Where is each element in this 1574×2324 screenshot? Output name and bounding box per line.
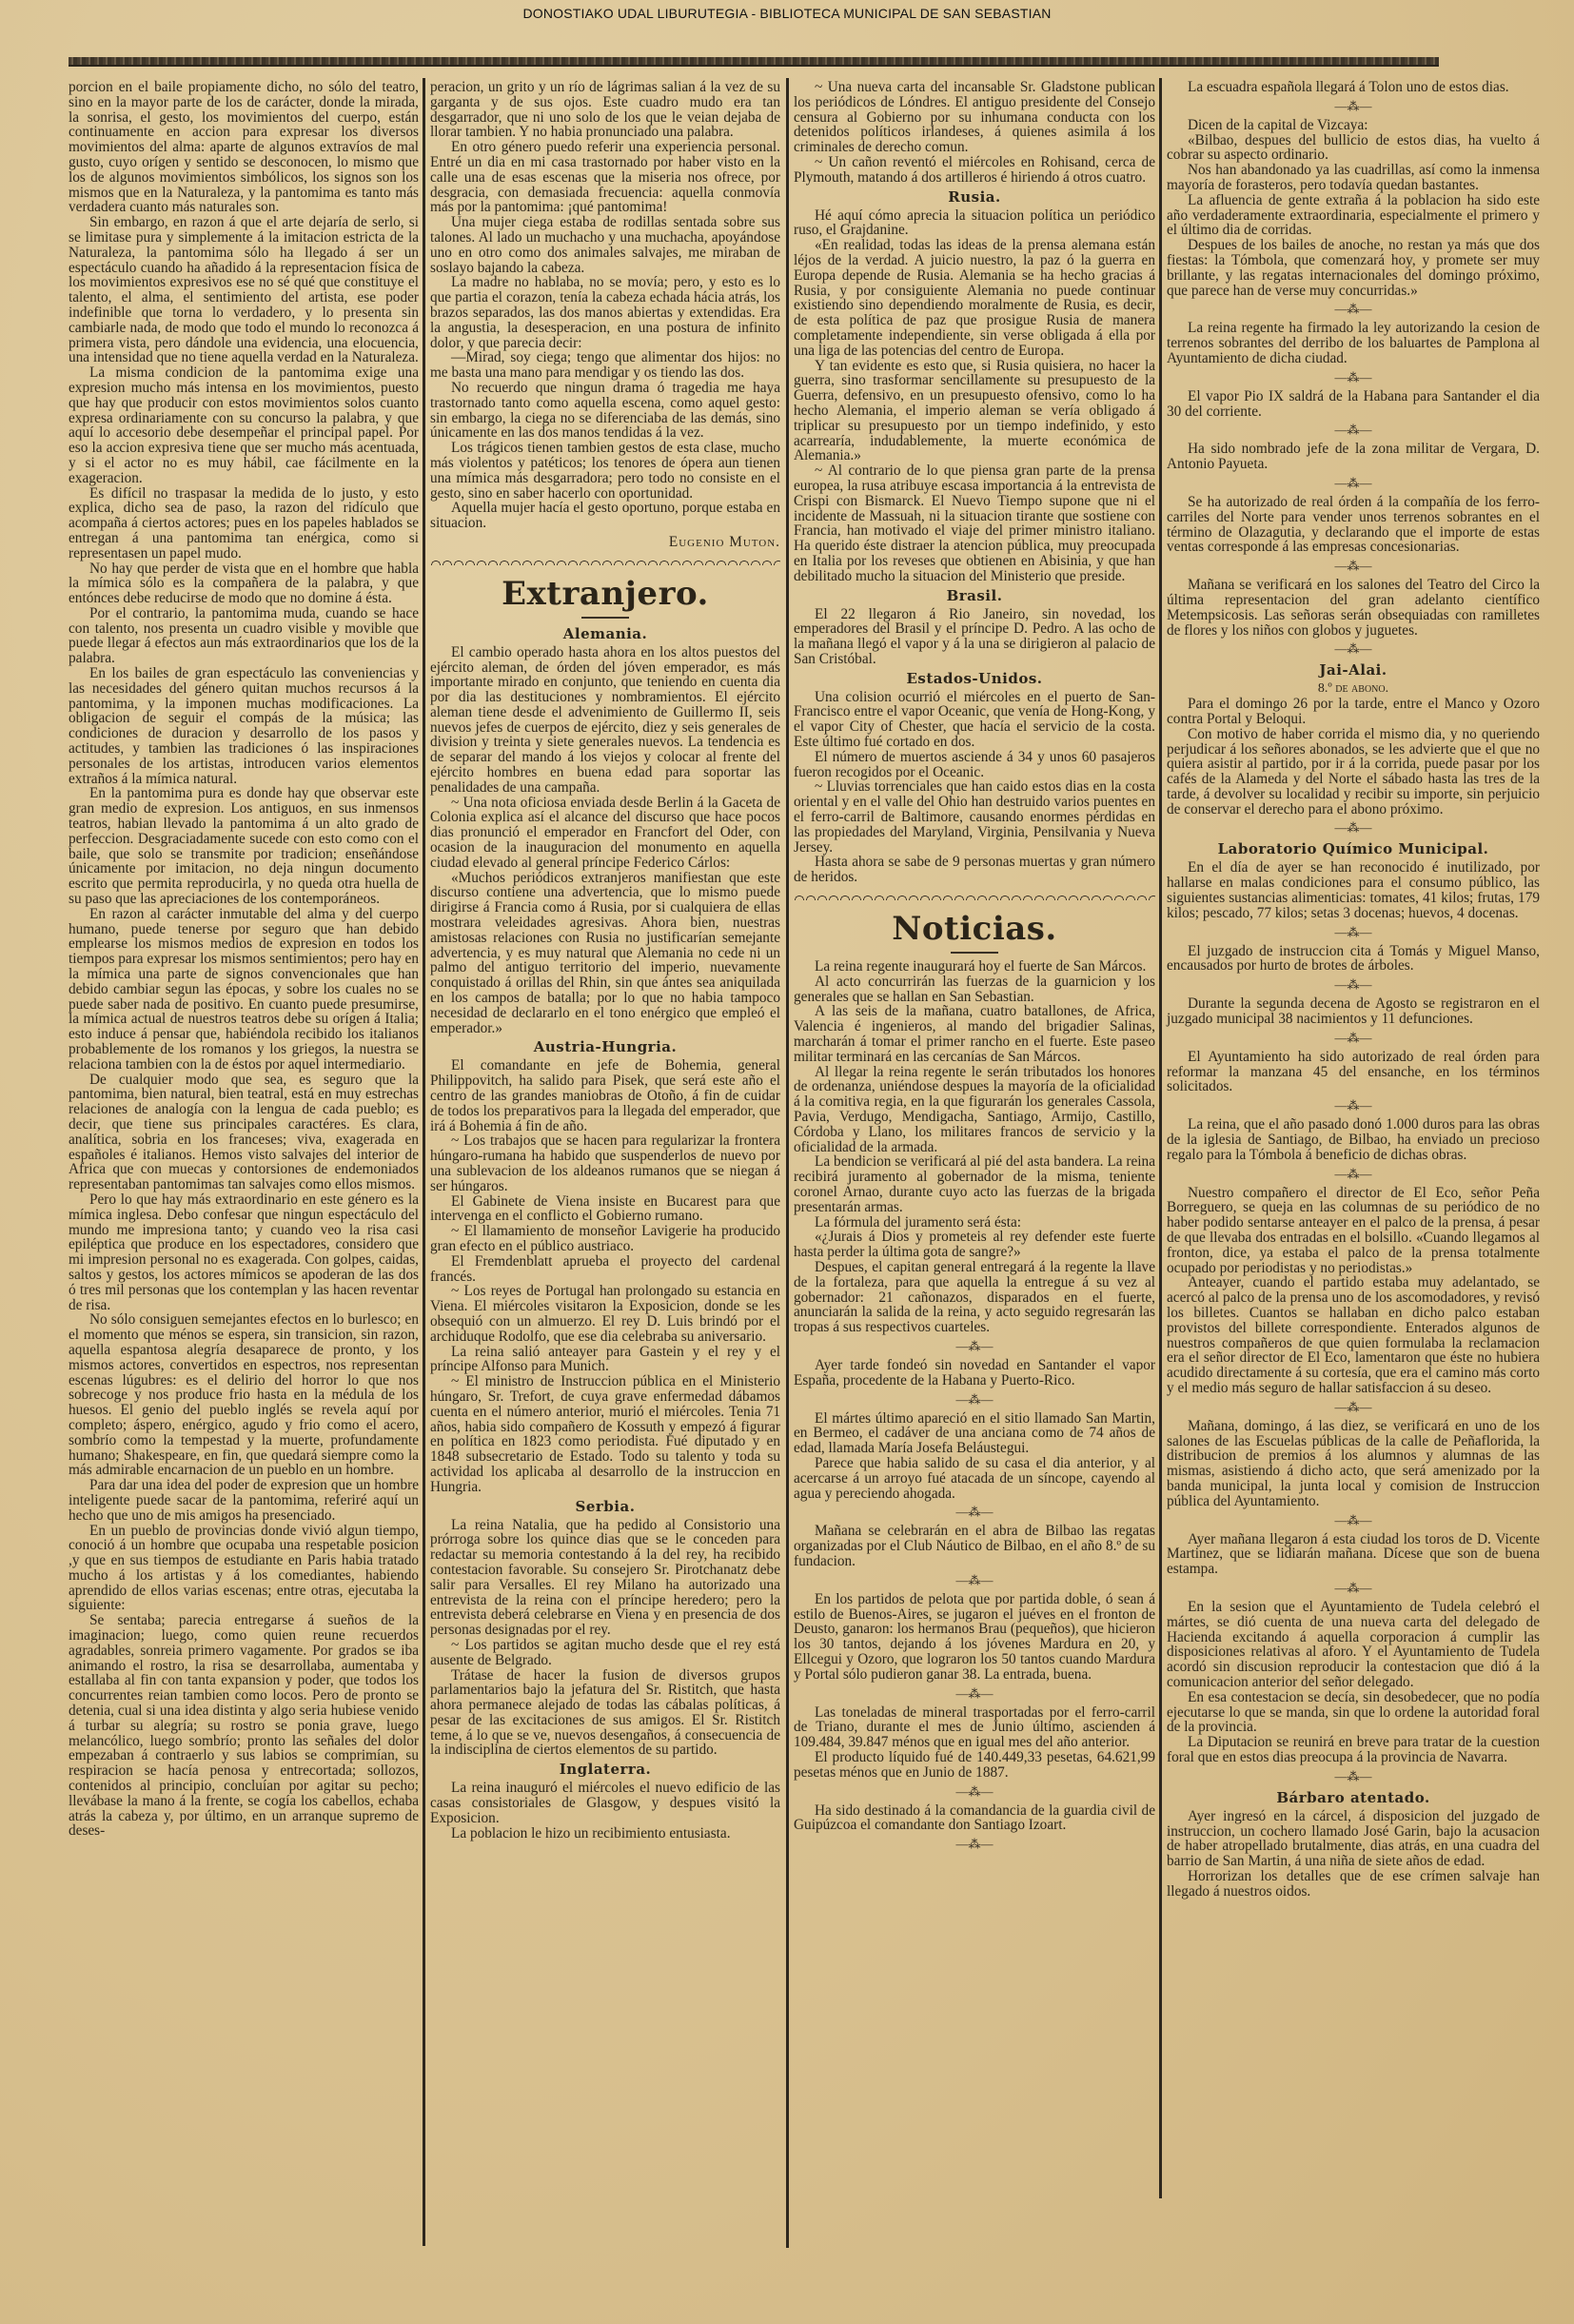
ornament-divider-icon: —⁂— bbox=[1167, 1580, 1540, 1597]
ornament-divider-icon: —⁂— bbox=[1167, 558, 1540, 575]
paragraph: Al llegar la reina regente le serán trib… bbox=[794, 1065, 1155, 1155]
paragraph: La madre no hablaba, no se movía; pero, … bbox=[430, 275, 780, 350]
wavy-rule bbox=[430, 558, 780, 565]
paragraph: ~ Lluvias torrenciales que han caido est… bbox=[794, 779, 1155, 855]
paragraph: Mañana, domingo, á las diez, se verifica… bbox=[1167, 1419, 1540, 1509]
subheading-alemania: Alemania. bbox=[430, 624, 780, 643]
ornament-divider-icon: —⁂— bbox=[1167, 1097, 1540, 1114]
paragraph: El Ayuntamiento ha sido autorizado de re… bbox=[1167, 1050, 1540, 1094]
paragraph: La reina, que el año pasado donó 1.000 d… bbox=[1167, 1117, 1540, 1162]
paragraph: El cambio operado hasta ahora en los alt… bbox=[430, 645, 780, 796]
ornament-divider-icon: —⁂— bbox=[1167, 640, 1540, 658]
ornament-divider-icon: —⁂— bbox=[1167, 976, 1540, 994]
paragraph: Horrorizan los detalles que de ese críme… bbox=[1167, 1869, 1540, 1900]
ornament-divider-icon: —⁂— bbox=[794, 1391, 1155, 1408]
paragraph: La reina salió anteayer para Gastein y e… bbox=[430, 1345, 780, 1375]
paragraph: —Mirad, soy ciega; tengo que alimentar d… bbox=[430, 350, 780, 381]
library-watermark: DONOSTIAKO UDAL LIBURUTEGIA - BIBLIOTECA… bbox=[0, 6, 1574, 21]
paragraph: Ayer ingresó en la cárcel, á disposicion… bbox=[1167, 1809, 1540, 1869]
subheading-serbia: Serbia. bbox=[430, 1497, 780, 1516]
paragraph: Sin embargo, en razon á que el arte deja… bbox=[69, 215, 419, 365]
paragraph: La escuadra española llegará á Tolon uno… bbox=[1167, 80, 1540, 95]
paragraph: Nuestro compañero el director de El Eco,… bbox=[1167, 1186, 1540, 1276]
subheading-barbaro-atentado: Bárbaro atentado. bbox=[1167, 1788, 1540, 1807]
column-4: La escuadra española llegará á Tolon uno… bbox=[1167, 80, 1540, 1900]
paragraph: «En realidad, todas las ideas de la pren… bbox=[794, 238, 1155, 358]
paragraph: En un pueblo de provincias donde vivió a… bbox=[69, 1524, 419, 1614]
paragraph: Se sentaba; parecia entregarse á sueños … bbox=[69, 1613, 419, 1839]
paragraph: ~ El ministro de Instruccion pública en … bbox=[430, 1374, 780, 1494]
paragraph: Aquella mujer hacía el gesto oportuno, p… bbox=[430, 501, 780, 531]
paragraph: Por el contrario, la pantomima muda, cua… bbox=[69, 606, 419, 666]
ornament-divider-icon: —⁂— bbox=[794, 1836, 1155, 1853]
paragraph: La misma condicion de la pantomima exige… bbox=[69, 365, 419, 485]
paragraph: peracion, un grito y un río de lágrimas … bbox=[430, 80, 780, 140]
subheading-austria-hungria: Austria-Hungria. bbox=[430, 1037, 780, 1056]
column-2: peracion, un grito y un río de lágrimas … bbox=[430, 80, 780, 1841]
subheading-inglaterra: Inglaterra. bbox=[430, 1760, 780, 1779]
ornament-divider-icon: —⁂— bbox=[794, 1783, 1155, 1801]
paragraph: «Muchos periódicos extranjeros manifiest… bbox=[430, 871, 780, 1036]
ornament-divider-icon: —⁂— bbox=[1167, 301, 1540, 318]
paragraph: Es difícil no traspasar la medida de lo … bbox=[69, 486, 419, 561]
ornament-divider-icon: —⁂— bbox=[1167, 1512, 1540, 1529]
paragraph: Despues, el capitan general entregará á … bbox=[794, 1260, 1155, 1335]
paragraph: En otro género puedo referir una experie… bbox=[430, 140, 780, 215]
paragraph: Durante la segunda decena de Agosto se r… bbox=[1167, 996, 1540, 1027]
jai-alai-subtitle: 8.º de abono. bbox=[1167, 681, 1540, 697]
paragraph: «Bilbao, despues del bullicio de estos d… bbox=[1167, 133, 1540, 164]
paragraph: La bendicion se verificará al pié del as… bbox=[794, 1154, 1155, 1214]
paragraph: En el día de ayer se han reconocido é in… bbox=[1167, 860, 1540, 920]
paragraph: Una mujer ciega estaba de rodillas senta… bbox=[430, 215, 780, 275]
paragraph: Una colision ocurrió el miércoles en el … bbox=[794, 690, 1155, 750]
paragraph: En los partidos de pelota que por partid… bbox=[794, 1592, 1155, 1683]
paragraph: ~ Los trabajos que se hacen para regular… bbox=[430, 1133, 780, 1193]
paragraph: En la sesion que el Ayuntamiento de Tude… bbox=[1167, 1600, 1540, 1690]
subheading-estados-unidos: Estados-Unidos. bbox=[794, 669, 1155, 688]
paragraph: En esa contestacion se decía, sin desobe… bbox=[1167, 1690, 1540, 1735]
paragraph: ~ Una nota oficiosa enviada desde Berlin… bbox=[430, 796, 780, 871]
subheading-rusia: Rusia. bbox=[794, 187, 1155, 207]
section-heading-noticias: Noticias. bbox=[794, 910, 1155, 948]
paragraph: El mártes último apareció en el sitio ll… bbox=[794, 1411, 1155, 1456]
paragraph: El juzgado de instruccion cita á Tomás y… bbox=[1167, 944, 1540, 975]
paragraph: Ayer mañana llegaron á esta ciudad los t… bbox=[1167, 1532, 1540, 1577]
paragraph: La reina Natalia, que ha pedido al Consi… bbox=[430, 1518, 780, 1638]
ornament-divider-icon: —⁂— bbox=[1167, 1030, 1540, 1047]
paragraph: Para el domingo 26 por la tarde, entre e… bbox=[1167, 697, 1540, 727]
paragraph: El comandante en jefe de Bohemia, genera… bbox=[430, 1058, 780, 1133]
short-rule bbox=[951, 952, 998, 954]
paragraph: No sólo consiguen semejantes efectos en … bbox=[69, 1312, 419, 1478]
paragraph: A las seis de la mañana, cuatro batallon… bbox=[794, 1004, 1155, 1064]
paragraph: Hé aquí cómo aprecia la situacion políti… bbox=[794, 208, 1155, 239]
paragraph: Con motivo de haber corrida el mismo dia… bbox=[1167, 727, 1540, 817]
paragraph: El Gabinete de Viena insiste en Bucarest… bbox=[430, 1194, 780, 1225]
ornament-divider-icon: —⁂— bbox=[1167, 1166, 1540, 1183]
ornament-divider-icon: —⁂— bbox=[1167, 1399, 1540, 1416]
paragraph: La Diputacion se reunirá en breve para t… bbox=[1167, 1735, 1540, 1765]
paragraph: El vapor Pio IX saldrá de la Habana para… bbox=[1167, 389, 1540, 420]
paragraph: ~ Una nueva carta del incansable Sr. Gla… bbox=[794, 80, 1155, 155]
paragraph: Pero lo que hay más extraordinario en es… bbox=[69, 1192, 419, 1312]
ornament-divider-icon: —⁂— bbox=[1167, 475, 1540, 492]
paragraph: Los trágicos tienen tambien gestos de es… bbox=[430, 441, 780, 501]
header-rule bbox=[69, 57, 1439, 67]
paragraph: Las toneladas de mineral trasportadas po… bbox=[794, 1705, 1155, 1750]
paragraph: La afluencia de gente extraña á la pobla… bbox=[1167, 193, 1540, 238]
paragraph: Para dar una idea del poder de expresion… bbox=[69, 1478, 419, 1523]
paragraph: En los bailes de gran espectáculo las co… bbox=[69, 666, 419, 786]
subheading-jai-alai: Jai-Alai. bbox=[1167, 660, 1540, 679]
paragraph: En la pantomima pura es donde hay que ob… bbox=[69, 786, 419, 906]
paragraph: Y tan evidente es esto que, si Rusia qui… bbox=[794, 359, 1155, 464]
ornament-divider-icon: —⁂— bbox=[794, 1338, 1155, 1355]
ornament-divider-icon: —⁂— bbox=[1167, 369, 1540, 386]
ornament-divider-icon: —⁂— bbox=[1167, 924, 1540, 941]
paragraph: En razon al carácter inmutable del alma … bbox=[69, 907, 419, 1073]
paragraph: Nos han abandonado ya las cuadrillas, as… bbox=[1167, 163, 1540, 193]
paragraph: Trátase de hacer la fusion de diversos g… bbox=[430, 1668, 780, 1759]
paragraph: ~ El llamamiento de monseñor Lavigerie h… bbox=[430, 1224, 780, 1254]
ornament-divider-icon: —⁂— bbox=[794, 1685, 1155, 1703]
ornament-divider-icon: —⁂— bbox=[1167, 819, 1540, 837]
ornament-divider-icon: —⁂— bbox=[794, 1572, 1155, 1589]
section-heading-extranjero: Extranjero. bbox=[430, 575, 780, 613]
paragraph: La poblacion le hizo un recibimiento ent… bbox=[430, 1826, 780, 1841]
paragraph: ~ Al contrario de lo que piensa gran par… bbox=[794, 463, 1155, 583]
paragraph: Mañana se celebrarán en el abra de Bilba… bbox=[794, 1524, 1155, 1568]
short-rule bbox=[581, 617, 629, 619]
paragraph: La reina regente inaugurará hoy el fuert… bbox=[794, 959, 1155, 975]
column-divider bbox=[786, 78, 789, 2248]
paragraph: porcion en el baile propiamente dicho, n… bbox=[69, 80, 419, 215]
paragraph: Ha sido destinado á la comandancia de la… bbox=[794, 1803, 1155, 1834]
paragraph: Al acto concurrirán las fuerzas de la gu… bbox=[794, 975, 1155, 1005]
paragraph: De cualquier modo que sea, es seguro que… bbox=[69, 1073, 419, 1192]
paragraph: Dicen de la capital de Vizcaya: bbox=[1167, 118, 1540, 133]
paragraph: El producto líquido fué de 140.449,33 pe… bbox=[794, 1750, 1155, 1781]
paragraph: Ayer tarde fondeó sin novedad en Santand… bbox=[794, 1358, 1155, 1388]
paragraph: Despues de los bailes de anoche, no rest… bbox=[1167, 238, 1540, 298]
paragraph: Se ha autorizado de real órden á la comp… bbox=[1167, 495, 1540, 555]
paragraph: La reina inauguró el miércoles el nuevo … bbox=[430, 1781, 780, 1825]
ornament-divider-icon: —⁂— bbox=[1167, 422, 1540, 439]
paragraph: La fórmula del juramento será ésta: bbox=[794, 1215, 1155, 1231]
paragraph: El 22 llegaron á Rio Janeiro, sin noveda… bbox=[794, 607, 1155, 667]
paragraph: No hay que perder de vista que en el hom… bbox=[69, 561, 419, 606]
wavy-rule bbox=[794, 893, 1155, 900]
paragraph: ~ Un cañon reventó el miércoles en Rohis… bbox=[794, 155, 1155, 186]
column-divider bbox=[423, 78, 425, 2246]
subheading-laboratorio: Laboratorio Químico Municipal. bbox=[1167, 839, 1540, 858]
paragraph: No recuerdo que ningun drama ó tragedia … bbox=[430, 381, 780, 441]
paragraph: Ha sido nombrado jefe de la zona militar… bbox=[1167, 442, 1540, 472]
paragraph: Hasta ahora se sabe de 9 personas muerta… bbox=[794, 855, 1155, 885]
ornament-divider-icon: —⁂— bbox=[794, 1504, 1155, 1521]
paragraph: El número de muertos asciende á 34 y uno… bbox=[794, 750, 1155, 780]
column-3: ~ Una nueva carta del incansable Sr. Gla… bbox=[794, 80, 1155, 1856]
subheading-brasil: Brasil. bbox=[794, 586, 1155, 605]
paragraph: La reina regente ha firmado la ley autor… bbox=[1167, 321, 1540, 365]
paragraph: El Fremdenblatt aprueba el proyecto del … bbox=[430, 1254, 780, 1285]
column-divider bbox=[1159, 78, 1162, 2198]
ornament-divider-icon: —⁂— bbox=[1167, 98, 1540, 115]
ornament-divider-icon: —⁂— bbox=[1167, 1768, 1540, 1785]
paragraph: Parece que habia salido de su casa el di… bbox=[794, 1456, 1155, 1501]
column-1-pantomima-article: porcion en el baile propiamente dicho, n… bbox=[69, 80, 419, 1839]
paragraph: ~ Los reyes de Portugal han prolongado s… bbox=[430, 1284, 780, 1344]
paragraph: ~ Los partidos se agitan mucho desde que… bbox=[430, 1638, 780, 1668]
paragraph: Anteayer, cuando el partido estaba muy a… bbox=[1167, 1275, 1540, 1395]
paragraph: Mañana se verificará en los salones del … bbox=[1167, 578, 1540, 638]
author-signature: Eugenio Muton. bbox=[430, 535, 780, 550]
paragraph: «¿Jurais á Dios y prometeis al rey defen… bbox=[794, 1230, 1155, 1260]
